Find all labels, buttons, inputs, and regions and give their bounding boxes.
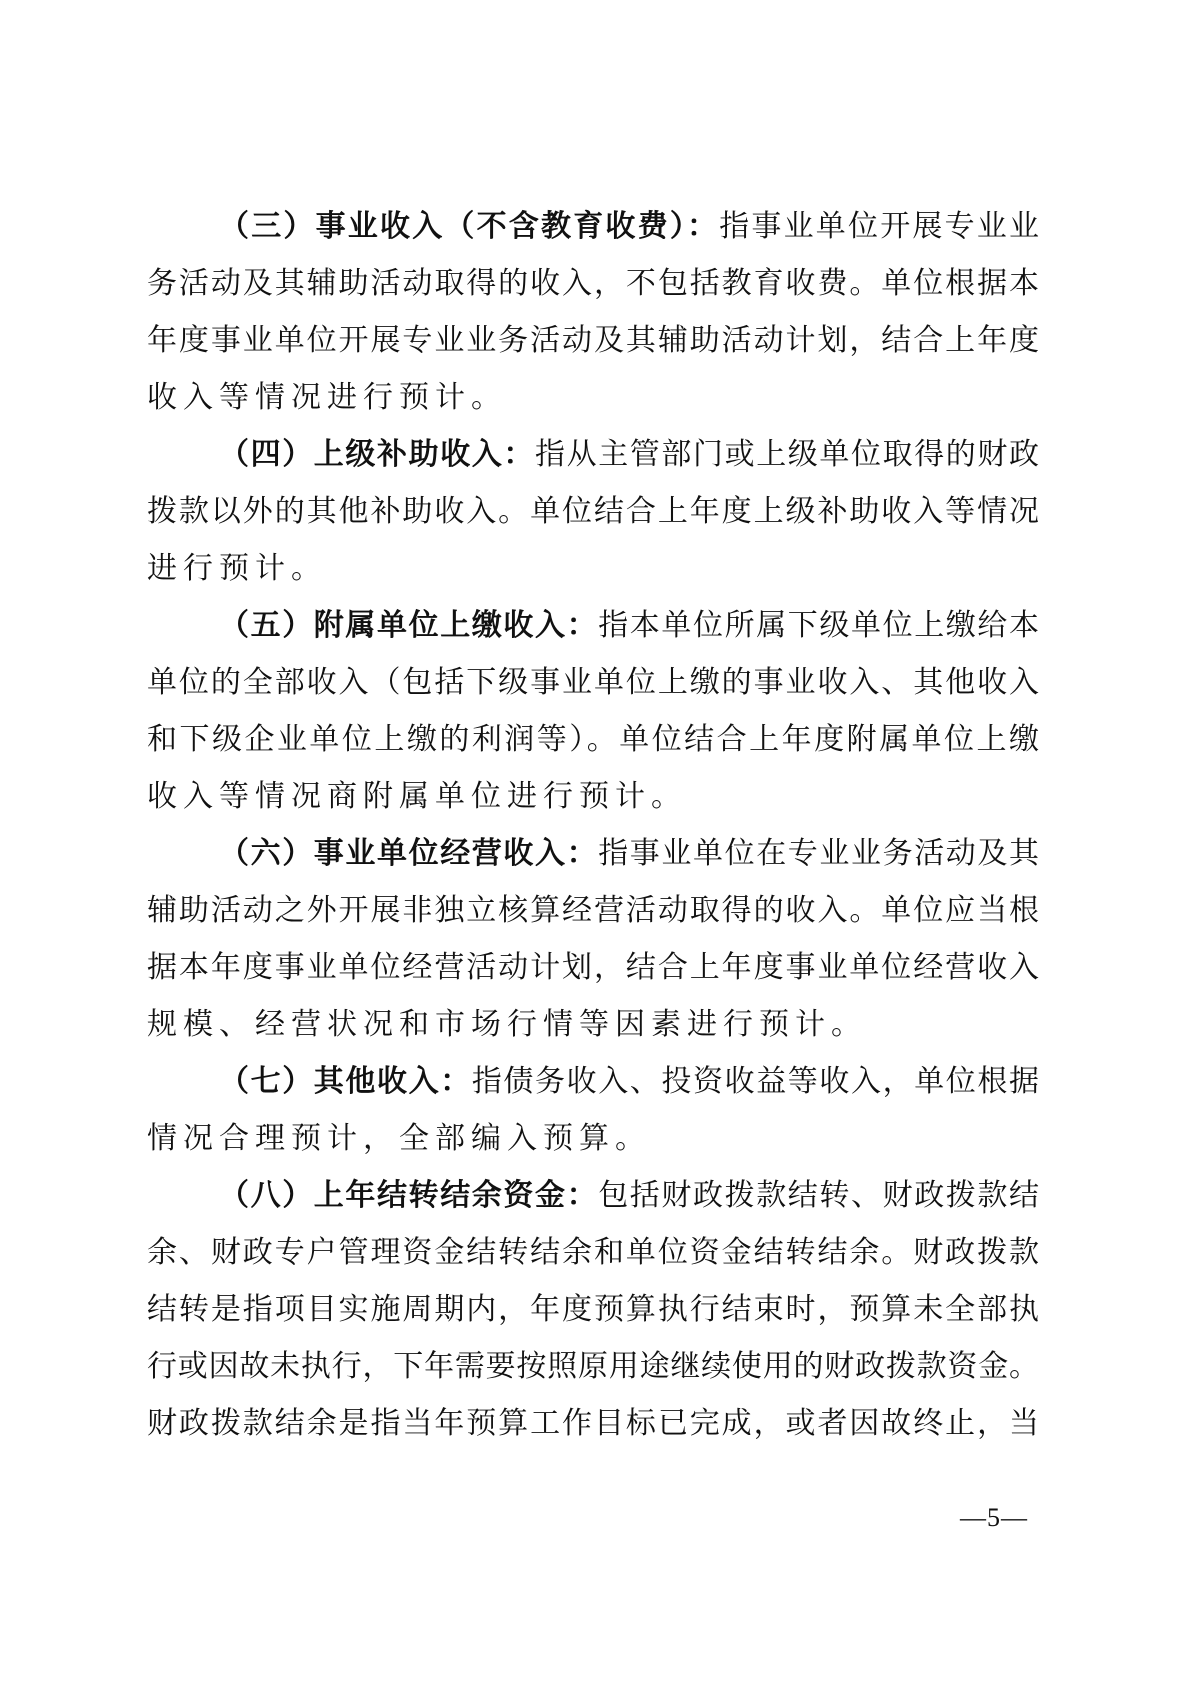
paragraph-line: 务活动及其辅助活动取得的收入，不包括教育收费。单位根据本	[147, 255, 1039, 312]
paragraph-operating-income: （六）事业单位经营收入：指事业单位在专业业务活动及其 辅助活动之外开展非独立核算…	[147, 825, 1039, 1053]
paragraph-text: 包括财政拨款结转、财政拨款结	[598, 1178, 1039, 1213]
paragraph-heading: （四）上级补助收入：	[219, 437, 535, 472]
paragraph-heading: （五）附属单位上缴收入：	[219, 608, 598, 643]
paragraph-line: 据本年度事业单位经营活动计划，结合上年度事业单位经营收入	[147, 939, 1039, 996]
paragraph-line: 年度事业单位开展专业业务活动及其辅助活动计划，结合上年度	[147, 312, 1039, 369]
paragraph-heading: （三）事业收入（不含教育收费）：	[219, 209, 719, 244]
paragraph-affiliated-unit-income: （五）附属单位上缴收入：指本单位所属下级单位上缴给本 单位的全部收入（包括下级事…	[147, 597, 1039, 825]
paragraph-line: 和下级企业单位上缴的利润等）。单位结合上年度附属单位上缴	[147, 711, 1039, 768]
paragraph-line: 拨款以外的其他补助收入。单位结合上年度上级补助收入等情况	[147, 483, 1039, 540]
paragraph-heading: （六）事业单位经营收入：	[219, 836, 598, 871]
paragraph-line: 行或因故未执行，下年需要按照原用途继续使用的财政拨款资金。	[147, 1338, 1039, 1395]
paragraph-other-income: （七）其他收入：指债务收入、投资收益等收入，单位根据 情况合理预计，全部编入预算…	[147, 1053, 1039, 1167]
paragraph-line: 进行预计。	[147, 540, 1039, 597]
paragraph-line: （五）附属单位上缴收入：指本单位所属下级单位上缴给本	[147, 597, 1039, 654]
paragraph-line: （四）上级补助收入：指从主管部门或上级单位取得的财政	[147, 426, 1039, 483]
page-number: —5—	[960, 1503, 1028, 1533]
paragraph-line: （三）事业收入（不含教育收费）：指事业单位开展专业业	[147, 198, 1039, 255]
paragraph-text: 指事业单位在专业业务活动及其	[598, 836, 1039, 871]
paragraph-text: 指本单位所属下级单位上缴给本	[598, 608, 1039, 643]
paragraph-text: 指从主管部门或上级单位取得的财政	[535, 437, 1039, 472]
paragraph-business-income: （三）事业收入（不含教育收费）：指事业单位开展专业业 务活动及其辅助活动取得的收…	[147, 198, 1039, 426]
paragraph-heading: （七）其他收入：	[219, 1064, 472, 1099]
paragraph-line: （八）上年结转结余资金：包括财政拨款结转、财政拨款结	[147, 1167, 1039, 1224]
paragraph-text: 指债务收入、投资收益等收入，单位根据	[472, 1064, 1039, 1099]
paragraph-line: （六）事业单位经营收入：指事业单位在专业业务活动及其	[147, 825, 1039, 882]
paragraph-line: 余、财政专户管理资金结转结余和单位资金结转结余。财政拨款	[147, 1224, 1039, 1281]
paragraph-line: 收入等情况商附属单位进行预计。	[147, 768, 1039, 825]
paragraph-line: 财政拨款结余是指当年预算工作目标已完成，或者因故终止，当	[147, 1395, 1039, 1452]
paragraph-carryover-funds: （八）上年结转结余资金：包括财政拨款结转、财政拨款结 余、财政专户管理资金结转结…	[147, 1167, 1039, 1452]
paragraph-line: 结转是指项目实施周期内，年度预算执行结束时，预算未全部执	[147, 1281, 1039, 1338]
paragraph-superior-subsidy-income: （四）上级补助收入：指从主管部门或上级单位取得的财政 拨款以外的其他补助收入。单…	[147, 426, 1039, 597]
paragraph-line: 规模、经营状况和市场行情等因素进行预计。	[147, 996, 1039, 1053]
paragraph-line: 辅助活动之外开展非独立核算经营活动取得的收入。单位应当根	[147, 882, 1039, 939]
paragraph-line: 情况合理预计，全部编入预算。	[147, 1110, 1039, 1167]
paragraph-line: （七）其他收入：指债务收入、投资收益等收入，单位根据	[147, 1053, 1039, 1110]
paragraph-line: 单位的全部收入（包括下级事业单位上缴的事业收入、其他收入	[147, 654, 1039, 711]
paragraph-line: 收入等情况进行预计。	[147, 369, 1039, 426]
paragraph-text: 指事业单位开展专业业	[719, 209, 1039, 244]
document-body: （三）事业收入（不含教育收费）：指事业单位开展专业业 务活动及其辅助活动取得的收…	[147, 198, 1039, 1452]
paragraph-heading: （八）上年结转结余资金：	[219, 1178, 598, 1213]
